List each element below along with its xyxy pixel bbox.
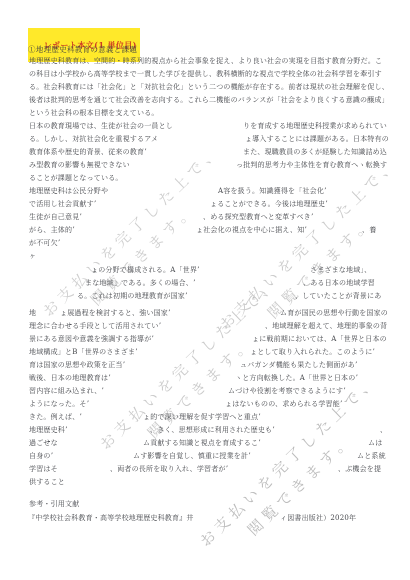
text-fragment: 、 — [380, 426, 387, 435]
text-fragment: さまざまな地域」、 — [310, 266, 371, 275]
text-fragment: 教育体系や歴史的背景、従来の教育ʼ — [29, 148, 147, 157]
text-fragment: A容を扱う。知識獲得を「社会化ʼ — [218, 187, 326, 196]
text-fragment: 参考・引用文献 — [29, 500, 79, 509]
text-fragment: 、める探究型教育へと変革すべきʼ — [203, 213, 313, 222]
text-fragment: 、ぶ機会を提 — [338, 465, 381, 474]
text-fragment: 供すること — [29, 478, 65, 487]
text-fragment: の科目は小学校から高等学校まで一貫した学びを提供し、教科横断的な視点で学校全体の… — [29, 70, 382, 79]
text-fragment: 、ある日本の地域学習 — [303, 279, 375, 288]
text-fragment: ム育が国民の思想や行動を国家の — [280, 309, 388, 318]
text-fragment: ムと系統 — [357, 452, 386, 461]
text-fragment: という社会科の根本目標を支えている。 — [29, 109, 159, 118]
text-fragment: ムづけや役割を考察できるようにすʼ — [228, 387, 346, 396]
body-text-layer: 地理歴史科教育は、空間的・時系列的視点から社会事象を捉え、より良い社会の実現を目… — [0, 0, 410, 580]
text-fragment: 景にある意図や意義を強調する指導がʼ — [29, 335, 154, 344]
text-fragment: 生徒が自己意見ʼ — [29, 213, 82, 222]
text-fragment: 、地域理解を超えて、地理的事象の背 — [265, 322, 387, 331]
text-fragment: ょ社会化の視点を中心に据え、知ʼ — [196, 226, 307, 235]
text-fragment: ム貢献する知識と視点を育成するこʼ — [143, 439, 261, 448]
text-fragment: りを育成する地理歴史科授業が求められてい — [243, 122, 387, 131]
text-fragment: ょとして取り入れられた。このようにʼ — [250, 348, 375, 357]
text-fragment: ムは — [368, 439, 382, 448]
text-fragment: まな地域」である。多くの場合、ʼ — [85, 279, 195, 288]
text-fragment: 、養 — [362, 226, 376, 235]
text-fragment: 育は国家の思想や政策を正当ʼ — [29, 361, 125, 370]
text-fragment: 地域構成」とB「世界のさまざまʼ — [29, 348, 138, 357]
text-fragment: 地理歴史科は公民分野や — [29, 187, 108, 196]
text-fragment: ょ的で深い理解を促す学習へと重点ʼ — [143, 413, 261, 422]
text-fragment: がら、主体的ʼ — [29, 226, 75, 235]
text-fragment: 学習はそ — [29, 465, 58, 474]
text-fragment: ょに戦前期においては、A「世界と日本の — [252, 335, 387, 344]
text-fragment: 、していたことが背景にあ — [295, 292, 381, 301]
text-fragment: 『中学校社会科教育・高等学校地理歴史科教育』井 — [28, 514, 194, 523]
text-fragment: る。これは初期の地理教育が国家ʼ — [77, 292, 187, 301]
text-fragment: ようになった。そʼ — [29, 400, 89, 409]
text-fragment: 、きく、思想形成に利用された歴史もʼ — [150, 426, 275, 435]
document-page: お支払いを完了した上で、閲覧できます。お支払いを完了した上で、閲覧できます。お支… — [0, 0, 410, 580]
text-fragment: 自身のʼ — [29, 452, 53, 461]
text-fragment: が不可欠ʼ — [29, 239, 60, 248]
text-fragment: ょの分野で構成される。A「世界ʼ — [91, 266, 199, 275]
text-fragment: 地 — [29, 309, 36, 318]
text-fragment: み型教育の影響も無視できない — [29, 161, 130, 170]
text-fragment: 戦後、日本の地理教育はʼ — [29, 374, 111, 383]
text-fragment: 地理歴史科教育は、空間的・時系列的視点から社会事象を捉え、より良い社会の実現を目… — [29, 57, 382, 66]
text-fragment: ょはないものの、求められる学習能ʼ — [225, 400, 342, 409]
text-fragment: きた。例えば、ʼ — [29, 413, 82, 422]
text-fragment: ヶ — [29, 252, 36, 261]
text-fragment: ュパガンダ機能も果たした側面があʼ — [240, 361, 357, 370]
text-fragment: ヽと方向転換した。A「世界と日本のʼ — [235, 374, 358, 383]
text-fragment: 理念に合わせる手段として活用されていʼ — [29, 322, 161, 331]
text-fragment: る。社会科教育には「社会化」と「対抗社会化」という二つの機能が存在する。前者は現… — [29, 83, 389, 92]
text-fragment: 習内容に組み込まれ、ʼ — [29, 387, 104, 396]
text-fragment: で活用し社会貢献すʼ — [29, 200, 96, 209]
text-fragment: っ批判的思考力や主体性を育む教育へヽ転換す — [236, 161, 387, 170]
text-fragment: ょ展過程を検討すると、強い国家ʼ — [60, 309, 170, 318]
text-fragment: る。しかし、対抗社会化を重視するアメ — [29, 135, 158, 144]
text-fragment: 日本の教育現場では、生徒が社会の一員とし — [29, 122, 173, 131]
text-fragment: ょ導入することには課題がある。日本特有の — [245, 135, 389, 144]
text-fragment: ムす影響を自覚し、慎重に授業を計ʼ — [133, 452, 251, 461]
text-fragment: ることが課題となっている。 — [29, 174, 123, 183]
text-fragment: ょることができる。今後は地理歴史ʼ — [210, 200, 328, 209]
text-fragment: 過ごせな — [29, 439, 58, 448]
text-fragment: ィ図書出版社）2020年 — [280, 514, 356, 523]
text-fragment: また、現職教員の多くが経験した知識詰め込 — [243, 148, 387, 157]
text-fragment: 後者は批判的思考を通じて社会改善を志向する。これら二機能のバランスが「社会をより… — [29, 96, 389, 105]
text-fragment: 地理歴史科ʼ — [29, 426, 67, 435]
text-fragment: 、両者の長所を取り入れ、学習者がʼ — [110, 465, 228, 474]
